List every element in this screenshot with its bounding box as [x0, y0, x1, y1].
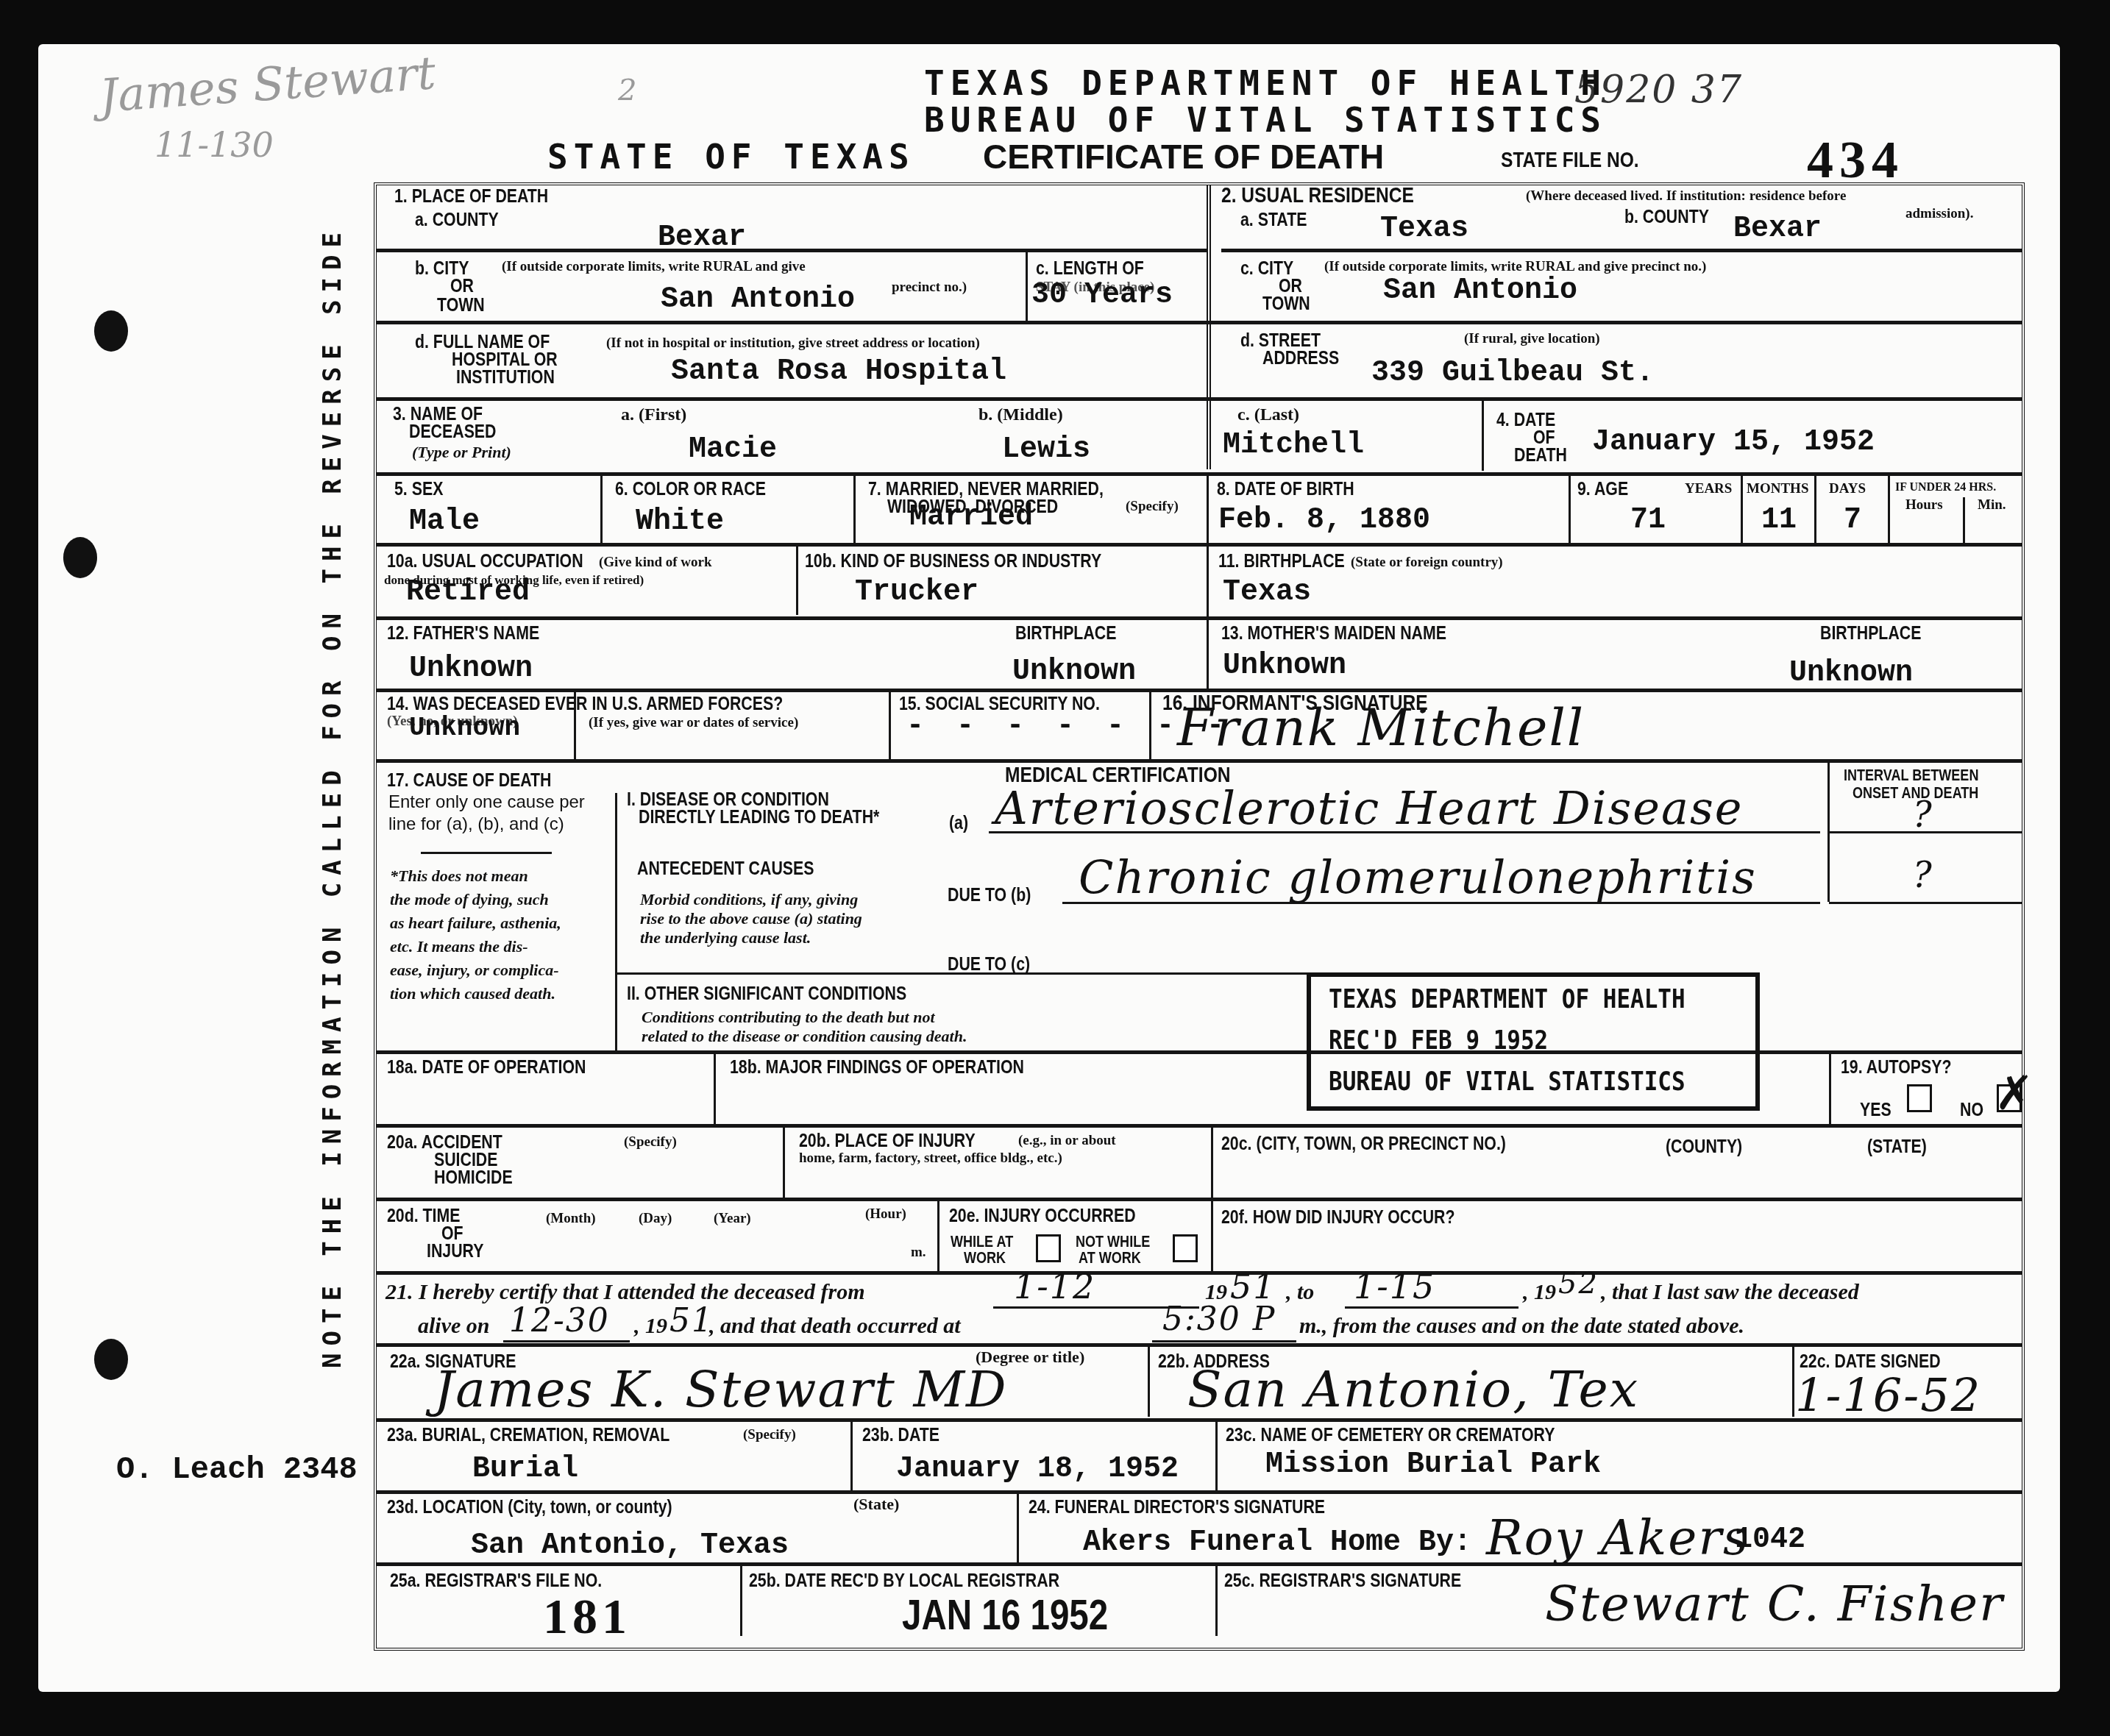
burial-location-label: 23d. LOCATION (City, town, or county) — [387, 1496, 672, 1517]
death-county-label: a. COUNTY — [415, 209, 499, 230]
date-of-death-value[interactable]: January 15, 1952 — [1592, 427, 1875, 459]
alive-on-year[interactable]: 51 — [669, 1302, 714, 1340]
age-years-value[interactable]: 71 — [1630, 505, 1666, 537]
attended-from-date[interactable]: 1-12 — [1014, 1267, 1095, 1306]
sex-value[interactable]: Male — [409, 506, 480, 538]
burial-date-label: 23b. DATE — [862, 1424, 939, 1445]
min-label: Min. — [1978, 497, 2006, 513]
armed-forces-label: 14. WAS DECEASED EVER IN U.S. ARMED FORC… — [387, 693, 783, 714]
state-file-number: 434 — [1807, 129, 1904, 191]
street-label-2: ADDRESS — [1262, 347, 1339, 368]
morbid-hint-1: Morbid conditions, if any, giving — [640, 890, 858, 909]
injury-occurred-label: 20e. INJURY OCCURRED — [949, 1205, 1136, 1225]
date-of-death-label-3: DEATH — [1514, 444, 1567, 465]
cause-note-1: *This does not mean — [390, 865, 528, 887]
middle-name-value[interactable]: Lewis — [1002, 434, 1090, 466]
mother-birthplace-value[interactable]: Unknown — [1789, 658, 1913, 690]
cause-b-value[interactable]: Chronic glomerulonephritis — [1079, 850, 1757, 904]
armed-forces-value[interactable]: Unknown — [409, 712, 520, 744]
operation-findings-label: 18b. MAJOR FINDINGS OF OPERATION — [730, 1056, 1024, 1077]
usual-residence-hint-2: admission). — [1905, 206, 1973, 221]
cause-note-6: tion which caused death. — [390, 983, 555, 1005]
place-of-injury-hint-2: home, farm, factory, street, office bldg… — [799, 1150, 1062, 1166]
disposition-value[interactable]: Burial — [472, 1454, 578, 1486]
alive-on-label: alive on — [418, 1315, 490, 1337]
registrar-file-number[interactable]: 181 — [543, 1587, 631, 1646]
typed-margin-note: O. Leach 2348 — [116, 1454, 358, 1486]
alive-on-date[interactable]: 12-30 — [509, 1302, 610, 1340]
autopsy-no-label: NO — [1960, 1099, 1983, 1120]
place-of-death-label: 1. PLACE OF DEATH — [394, 185, 548, 206]
vertical-reverse-side-note: NOTE THE INFORMATION CALLED FOR ON THE R… — [318, 225, 347, 1368]
dept-line-1: TEXAS DEPARTMENT OF HEALTH — [924, 63, 1607, 103]
certify-text-2: , that I last saw the deceased — [1601, 1281, 1859, 1303]
homicide-label: HOMICIDE — [434, 1167, 513, 1187]
age-months-value[interactable]: 11 — [1761, 505, 1797, 537]
cause-of-death-label: 17. CAUSE OF DEATH — [387, 769, 552, 790]
funeral-home-value[interactable]: Akers Funeral Home By: — [1083, 1527, 1471, 1559]
injury-county-label: (COUNTY) — [1666, 1136, 1742, 1156]
state-file-label: STATE FILE NO. — [1501, 150, 1639, 171]
at-work-label: AT WORK — [1079, 1248, 1141, 1268]
burial-location-state-label: (State) — [853, 1496, 899, 1512]
death-county-value[interactable]: Bexar — [658, 222, 746, 255]
armed-forces-hint-2: (If yes, give war or dates of service) — [589, 715, 798, 730]
residence-state-label: a. STATE — [1240, 209, 1307, 230]
morbid-hint-2: rise to the above cause (a) stating — [640, 909, 862, 928]
punch-hole — [63, 537, 97, 578]
mother-name-label: 13. MOTHER'S MAIDEN NAME — [1221, 622, 1446, 643]
death-city-town: TOWN — [437, 294, 485, 315]
autopsy-yes-label: YES — [1860, 1099, 1891, 1120]
disposition-specify: (Specify) — [743, 1427, 796, 1442]
injury-hour-label: (Hour) — [865, 1206, 906, 1222]
death-city-or: OR — [450, 275, 474, 296]
work-label: WORK — [964, 1248, 1006, 1268]
deceased-name-label-2: DECEASED — [409, 421, 496, 441]
alive-year-prefix: , 19 — [634, 1315, 667, 1337]
accident-specify: (Specify) — [624, 1134, 677, 1150]
age-label: 9. AGE — [1577, 478, 1628, 499]
residence-city-value[interactable]: San Antonio — [1383, 275, 1577, 307]
residence-county-value[interactable]: Bexar — [1733, 213, 1822, 246]
birthplace-hint: (State or foreign country) — [1351, 555, 1503, 570]
race-value[interactable]: White — [636, 506, 724, 538]
to-label: , to — [1286, 1281, 1314, 1303]
cause-note-3: as heart failure, asthenia, — [390, 912, 561, 934]
residence-city-hint: (If outside corporate limits, write RURA… — [1324, 259, 1706, 274]
cemetery-label: 23c. NAME OF CEMETERY OR CREMATORY — [1226, 1424, 1555, 1445]
dob-value[interactable]: Feb. 8, 1880 — [1218, 505, 1430, 537]
due-to-b-label: DUE TO (b) — [948, 884, 1031, 905]
cemetery-value[interactable]: Mission Burial Park — [1265, 1449, 1601, 1481]
burial-date-value[interactable]: January 18, 1952 — [896, 1454, 1179, 1486]
mother-birthplace-label: BIRTHPLACE — [1820, 622, 1921, 643]
race-label: 6. COLOR OR RACE — [615, 478, 766, 499]
hours-label: Hours — [1905, 497, 1943, 513]
injury-day-label: (Day) — [639, 1211, 672, 1226]
usual-residence-label: 2. USUAL RESIDENCE — [1221, 185, 1414, 206]
other-conditions-hint-1: Conditions contributing to the death but… — [642, 1008, 935, 1027]
dob-label: 8. DATE OF BIRTH — [1217, 478, 1354, 499]
cause-hint-1: Enter only one cause per — [388, 794, 585, 810]
registrar-signature: Stewart C. Fisher — [1545, 1576, 2004, 1632]
antecedent-causes-label: ANTECEDENT CAUSES — [637, 858, 814, 878]
punch-hole — [94, 310, 128, 352]
occupation-hint: (Give kind of work — [599, 555, 712, 570]
cause-note-5: ease, injury, or complica- — [390, 959, 559, 981]
document-title: CERTIFICATE OF DEATH — [983, 137, 1384, 177]
disposition-label: 23a. BURIAL, CREMATION, REMOVAL — [387, 1424, 669, 1445]
physician-address[interactable]: San Antonio, Tex — [1187, 1361, 1639, 1419]
mother-name-value[interactable]: Unknown — [1223, 650, 1346, 683]
street-hint: (If rural, give location) — [1464, 331, 1600, 346]
birthplace-value[interactable]: Texas — [1223, 577, 1311, 609]
burial-location-value[interactable]: San Antonio, Texas — [471, 1530, 789, 1562]
father-name-value[interactable]: Unknown — [409, 653, 533, 686]
residence-state-value[interactable]: Texas — [1380, 213, 1468, 246]
certify-text-4: m., from the causes and on the date stat… — [1299, 1315, 1744, 1337]
stamp-line-3: BUREAU OF VITAL STATISTICS — [1329, 1067, 1685, 1097]
death-city-hint-2: precinct no.) — [892, 280, 967, 295]
to-year-prefix: , 19 — [1523, 1281, 1556, 1303]
stamp-line-1: TEXAS DEPARTMENT OF HEALTH — [1329, 984, 1685, 1014]
stamp-line-2: REC'D FEB 9 1952 — [1329, 1025, 1548, 1056]
place-of-injury-label: 20b. PLACE OF INJURY — [799, 1130, 976, 1150]
autopsy-label: 19. AUTOPSY? — [1841, 1056, 1951, 1077]
age-months-label: MONTHS — [1747, 481, 1808, 497]
cause-hint-2: line for (a), (b), and (c) — [388, 817, 564, 832]
informant-signature: Frank Mitchell — [1177, 697, 1585, 758]
interval-a-value[interactable]: ? — [1913, 794, 1933, 836]
age-days-label: DAYS — [1829, 481, 1866, 497]
autopsy-no-checkbox[interactable]: ✗ — [1997, 1084, 2022, 1112]
sex-label: 5. SEX — [394, 478, 443, 499]
state-heading: STATE OF TEXAS — [547, 137, 915, 177]
hospital-label-3: INSTITUTION — [456, 366, 555, 387]
disease-label-2: DIRECTLY LEADING TO DEATH* — [639, 806, 879, 827]
father-birthplace-value[interactable]: Unknown — [1012, 656, 1136, 689]
interval-b-value[interactable]: ? — [1913, 855, 1933, 896]
autopsy-yes-checkbox[interactable] — [1907, 1084, 1932, 1112]
cause-note-2: the mode of dying, such — [390, 889, 549, 911]
marital-specify: (Specify) — [1126, 499, 1179, 514]
other-conditions-label: II. OTHER SIGNIFICANT CONDITIONS — [627, 983, 906, 1003]
date-signed-value[interactable]: 1-16-52 — [1795, 1368, 1981, 1422]
dept-line-2: BUREAU OF VITAL STATISTICS — [924, 100, 1607, 140]
father-birthplace-label: BIRTHPLACE — [1015, 622, 1116, 643]
death-city-value[interactable]: San Antonio — [661, 284, 855, 316]
physician-signature: James K. Stewart MD — [434, 1361, 1008, 1419]
morbid-hint-3: the underlying cause last. — [640, 928, 811, 947]
funeral-director-label: 24. FUNERAL DIRECTOR'S SIGNATURE — [1029, 1496, 1325, 1517]
street-value[interactable]: 339 Guilbeau St. — [1371, 357, 1654, 390]
under-24-label: IF UNDER 24 HRS. — [1895, 480, 1996, 495]
first-name-value[interactable]: Macie — [689, 434, 777, 466]
certify-text-3: , and that death occurred at — [709, 1315, 961, 1337]
first-name-label: a. (First) — [621, 408, 686, 423]
middle-name-label: b. (Middle) — [978, 408, 1063, 423]
other-conditions-hint-2: related to the disease or condition caus… — [642, 1027, 967, 1046]
injury-city-label: 20c. (CITY, TOWN, OR PRECINCT NO.) — [1221, 1133, 1506, 1153]
injury-month-label: (Month) — [546, 1211, 596, 1226]
residence-city-town: TOWN — [1262, 293, 1310, 313]
certify-text-1: 21. I hereby certify that I attended the… — [386, 1281, 865, 1303]
last-name-value[interactable]: Mitchell — [1223, 430, 1364, 462]
how-injury-occurred-label: 20f. HOW DID INJURY OCCUR? — [1221, 1206, 1454, 1227]
death-city-hint: (If outside corporate limits, write RURA… — [502, 259, 806, 274]
deceased-name-label-3: (Type or Print) — [412, 441, 511, 463]
cause-a-value[interactable]: Arteriosclerotic Heart Disease — [995, 781, 1744, 835]
hospital-value[interactable]: Santa Rosa Hospital — [671, 356, 1006, 388]
pencil-mark: 2 — [618, 74, 636, 107]
age-days-value[interactable]: 7 — [1844, 505, 1861, 537]
line-a-label: (a) — [949, 812, 968, 833]
business-value[interactable]: Trucker — [855, 577, 978, 609]
received-stamp: TEXAS DEPARTMENT OF HEALTH REC'D FEB 9 1… — [1307, 972, 1760, 1111]
pencil-note-number: 11-130 — [154, 125, 274, 165]
length-of-stay-value[interactable]: 30 Years — [1031, 280, 1173, 312]
age-years-label: YEARS — [1685, 481, 1732, 497]
occupation-value[interactable]: Retired — [406, 577, 530, 609]
injury-m-label: m. — [911, 1245, 926, 1260]
local-registrar-date-label: 25b. DATE REC'D BY LOCAL REGISTRAR — [749, 1570, 1059, 1590]
occupation-label: 10a. USUAL OCCUPATION — [387, 550, 583, 571]
local-registrar-date[interactable]: JAN 16 1952 — [902, 1590, 1108, 1640]
attended-to-year[interactable]: 52 — [1558, 1267, 1599, 1301]
funeral-license-number: 1042 — [1735, 1524, 1805, 1557]
funeral-director-signature: Roy Akers — [1486, 1509, 1750, 1566]
injury-state-label: (STATE) — [1867, 1136, 1927, 1156]
last-name-label: c. (Last) — [1237, 408, 1299, 423]
time-of-injury-label-3: INJURY — [427, 1240, 483, 1261]
cause-note-4: etc. It means the dis- — [390, 936, 528, 958]
while-at-work-checkbox[interactable] — [1036, 1234, 1061, 1262]
marital-value[interactable]: Married — [909, 502, 1033, 534]
usual-residence-hint: (Where deceased lived. If institution: r… — [1526, 188, 1846, 204]
punch-hole — [94, 1339, 128, 1380]
registrar-signature-label: 25c. REGISTRAR'S SIGNATURE — [1224, 1570, 1461, 1590]
due-to-c-label: DUE TO (c) — [948, 953, 1030, 974]
attended-to-date[interactable]: 1-15 — [1354, 1267, 1435, 1306]
not-at-work-checkbox[interactable] — [1173, 1234, 1198, 1262]
operation-date-label: 18a. DATE OF OPERATION — [387, 1056, 586, 1077]
residence-county-label: b. COUNTY — [1624, 206, 1709, 227]
place-of-injury-hint: (e.g., in or about — [1018, 1133, 1116, 1148]
injury-year-label: (Year) — [714, 1211, 751, 1226]
birthplace-label: 11. BIRTHPLACE — [1218, 550, 1345, 571]
check-mark-icon: ✗ — [1994, 1070, 2034, 1117]
hospital-hint: (If not in hospital or institution, give… — [606, 335, 980, 351]
father-name-label: 12. FATHER'S NAME — [387, 622, 539, 643]
business-label: 10b. KIND OF BUSINESS OR INDUSTRY — [805, 550, 1101, 571]
length-of-stay-label: c. LENGTH OF — [1036, 257, 1144, 278]
